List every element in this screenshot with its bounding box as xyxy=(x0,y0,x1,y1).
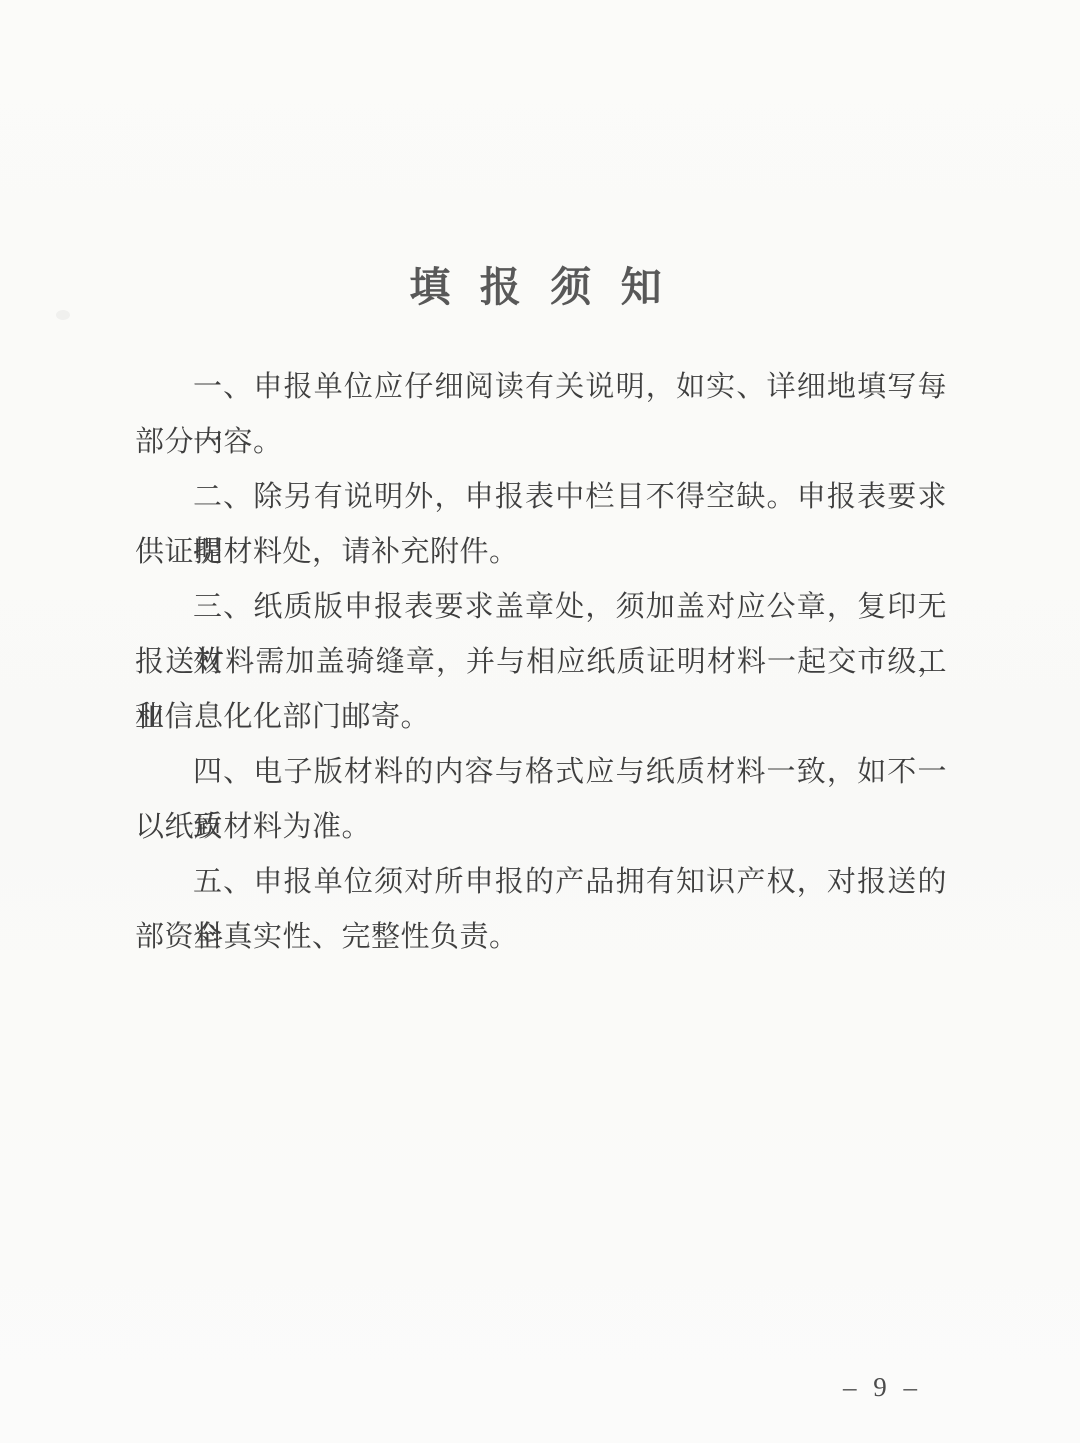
page-title: 填 报 须 知 xyxy=(0,254,1080,313)
paragraph-line: 部资料真实性、完整性负责。 xyxy=(135,910,947,965)
paragraph-line: 四、电子版材料的内容与格式应与纸质材料一致，如不一致 xyxy=(135,745,947,800)
document-page: 填 报 须 知 一、申报单位应仔细阅读有关说明，如实、详细地填写每一 部分内容。… xyxy=(0,0,1080,1443)
paragraph-line: 报送材料需加盖骑缝章，并与相应纸质证明材料一起交市级工业 xyxy=(135,635,947,690)
paragraph-line: 二、除另有说明外，申报表中栏目不得空缺。申报表要求提 xyxy=(135,470,947,525)
paragraph-line: 五、申报单位须对所申报的产品拥有知识产权，对报送的全 xyxy=(135,855,947,910)
paragraph-line: 供证明材料处，请补充附件。 xyxy=(135,525,947,580)
paragraph-line: 和信息化化部门邮寄。 xyxy=(135,690,947,745)
paragraph-line: 以纸质材料为准。 xyxy=(135,800,947,855)
paragraph-line: 部分内容。 xyxy=(135,415,947,470)
paragraph-line: 三、纸质版申报表要求盖章处，须加盖对应公章，复印无效， xyxy=(135,580,947,635)
document-body: 一、申报单位应仔细阅读有关说明，如实、详细地填写每一 部分内容。 二、除另有说明… xyxy=(135,360,947,965)
page-number: – 9 – xyxy=(843,1372,922,1403)
paragraph-line: 一、申报单位应仔细阅读有关说明，如实、详细地填写每一 xyxy=(135,360,947,415)
